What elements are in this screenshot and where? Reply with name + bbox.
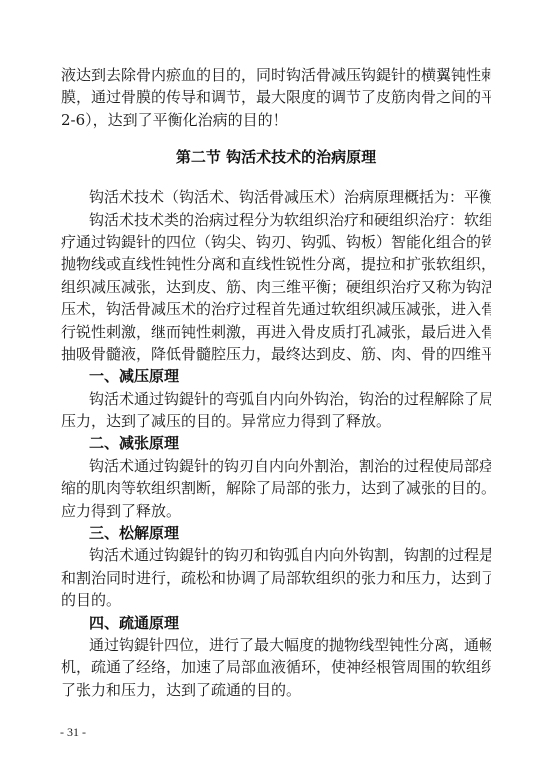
text-line: 行锐性刺激，继而钝性刺激，再进入骨皮质打孔减张，最后进入骨松质: [61, 321, 491, 343]
text-line: 缩的肌肉等软组织割断，解除了局部的张力，达到了减张的目的。异常: [61, 477, 491, 499]
text-line: 钩活术技术（钩活术、钩活骨减压术）治病原理概括为：平衡原理。: [61, 186, 491, 208]
text-line: 钩活术通过钩鍉针的钩刃自内向外割治，割治的过程使局部痉挛挛: [61, 455, 491, 477]
subsection-heading: 四、疏通原理: [61, 612, 491, 634]
text-line: 膜，通过骨膜的传导和调节，最大限度的调节了皮筋肉骨之间的平衡（图: [61, 86, 491, 108]
page-number: - 31 -: [60, 725, 86, 740]
text-line: 的目的。: [61, 589, 491, 611]
subsection-heading: 一、减压原理: [61, 365, 491, 387]
summary-paragraph: 钩活术技术（钩活术、钩活骨减压术）治病原理概括为：平衡原理。: [61, 186, 491, 208]
text-line: 机，疏通了经络，加速了局部血液循环，使神经根管周围的软组织减除: [61, 656, 491, 678]
page-content: 液达到去除骨内瘀血的目的，同时钩活骨减压钩鍉针的横翼钝性刺激骨 膜，通过骨膜的传…: [61, 64, 491, 701]
intro-paragraph: 液达到去除骨内瘀血的目的，同时钩活骨减压钩鍉针的横翼钝性刺激骨 膜，通过骨膜的传…: [61, 64, 491, 131]
text-line: 通过钩鍉针四位，进行了最大幅度的抛物线型钝性分离，通畅了气: [61, 634, 491, 656]
text-line: 应力得到了释放。: [61, 500, 491, 522]
text-line: 抛物线或直线性钝性分离和直线性锐性分离，提拉和扩张软组织，使软: [61, 253, 491, 275]
subsection-heading: 二、减张原理: [61, 432, 491, 454]
text-line: 钩活术技术类的治病过程分为软组织治疗和硬组织治疗：软组织治: [61, 209, 491, 231]
text-line: 抽吸骨髓液，降低骨髓腔压力，最终达到皮、筋、肉、骨的四维平衡。: [61, 343, 491, 365]
text-line: 压力，达到了减压的目的。异常应力得到了释放。: [61, 410, 491, 432]
text-line: 压术，钩活骨减压术的治疗过程首先通过软组织减压减张，进入骨膜进: [61, 298, 491, 320]
text-line: 2-6），达到了平衡化治病的目的！: [61, 109, 491, 131]
section-title: 第二节 钩活术技术的治病原理: [61, 146, 491, 168]
text-line: 组织减压减张，达到皮、筋、肉三维平衡；硬组织治疗又称为钩活骨减: [61, 276, 491, 298]
subsection-dredging: 四、疏通原理 通过钩鍉针四位，进行了最大幅度的抛物线型钝性分离，通畅了气 机，疏…: [61, 612, 491, 702]
subsection-release: 三、松解原理 钩活术通过钩鍉针的钩刃和钩弧自内向外钩割，钩割的过程是钩治 和割治…: [61, 522, 491, 612]
subsection-heading: 三、松解原理: [61, 522, 491, 544]
text-line: 和割治同时进行，疏松和协调了局部软组织的张力和压力，达到了松解: [61, 567, 491, 589]
document-page: 液达到去除骨内瘀血的目的，同时钩活骨减压钩鍉针的横翼钝性刺激骨 膜，通过骨膜的传…: [0, 0, 551, 778]
text-line: 了张力和压力，达到了疏通的目的。: [61, 679, 491, 701]
subsection-tension-reduction: 二、减张原理 钩活术通过钩鍉针的钩刃自内向外割治，割治的过程使局部痉挛挛 缩的肌…: [61, 432, 491, 522]
subsection-decompression: 一、减压原理 钩活术通过钩鍉针的弯弧自内向外钩治，钩治的过程解除了局部的 压力，…: [61, 365, 491, 432]
text-line: 疗通过钩鍉针的四位（钩尖、钩刃、钩弧、钩板）智能化组合的钩头，: [61, 231, 491, 253]
process-paragraph: 钩活术技术类的治病过程分为软组织治疗和硬组织治疗：软组织治 疗通过钩鍉针的四位（…: [61, 209, 491, 366]
text-line: 液达到去除骨内瘀血的目的，同时钩活骨减压钩鍉针的横翼钝性刺激骨: [61, 64, 491, 86]
text-line: 钩活术通过钩鍉针的钩刃和钩弧自内向外钩割，钩割的过程是钩治: [61, 544, 491, 566]
text-line: 钩活术通过钩鍉针的弯弧自内向外钩治，钩治的过程解除了局部的: [61, 388, 491, 410]
